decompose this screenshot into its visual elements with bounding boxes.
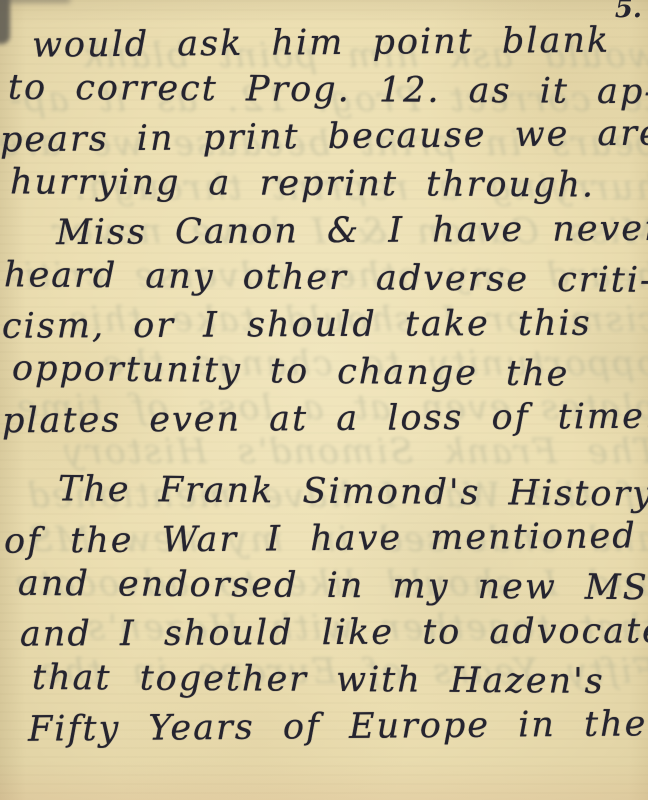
handwriting-line: cism, or I should take this xyxy=(2,300,648,350)
handwriting-line: opportunity to change the xyxy=(12,346,648,400)
handwriting-line: would ask him point blank xyxy=(32,17,648,69)
handwriting-line: Fifty Years of Europe in the xyxy=(28,701,648,753)
handwriting-line: to correct Prog. 12. as it ap- xyxy=(8,65,648,116)
scanned-letter-page: would ask him point blankto correct Prog… xyxy=(0,0,648,800)
handwriting-text: would ask him point blankto correct Prog… xyxy=(0,20,648,751)
handwriting-line: pears in print because we are xyxy=(0,111,648,165)
handwriting-line: plates even at a loss of time. xyxy=(2,394,648,446)
handwriting-line: heard any other adverse criti- xyxy=(4,252,648,305)
handwriting-line: and endorsed in my new MS. xyxy=(18,561,648,612)
handwriting-line: of the War I have mentioned xyxy=(4,513,648,566)
handwriting-line: and I should like to advocate xyxy=(20,608,648,658)
handwriting-line: Miss Canon & I have never xyxy=(56,206,648,257)
handwriting-line: that together with Hazen's xyxy=(32,655,648,706)
handwriting-line: The Frank Simond's History xyxy=(58,466,648,518)
handwriting-line: hurrying a reprint through. xyxy=(10,159,648,209)
scan-edge-shadow xyxy=(0,0,70,3)
